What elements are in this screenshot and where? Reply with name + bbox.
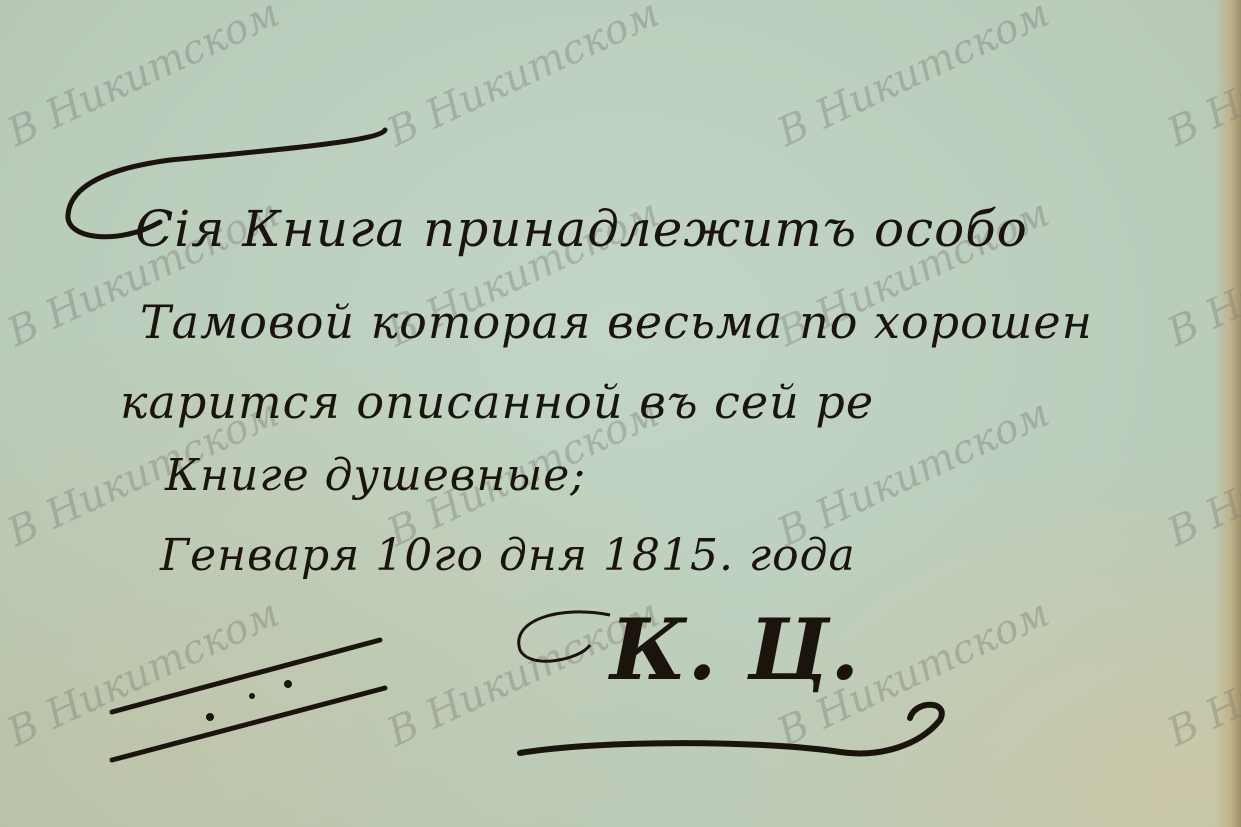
inscription-line-4: Книге душевные; xyxy=(165,450,586,501)
signature-loop xyxy=(519,612,610,661)
inscription-line-2: Тамовой которая весьма по хорошен xyxy=(140,295,1093,349)
signature: К. Ц. xyxy=(610,600,860,699)
inscription-line-3: карится описанной въ сей ре xyxy=(120,375,874,429)
inscription-line-1: Сія Книга принадлежитъ особо xyxy=(135,200,1028,258)
ink-dot xyxy=(206,713,214,721)
date-line: Генваря 10го дня 1815. года xyxy=(160,530,856,581)
ink-dot xyxy=(249,693,255,699)
signature-underline xyxy=(520,705,942,754)
ink-dot xyxy=(284,680,292,688)
